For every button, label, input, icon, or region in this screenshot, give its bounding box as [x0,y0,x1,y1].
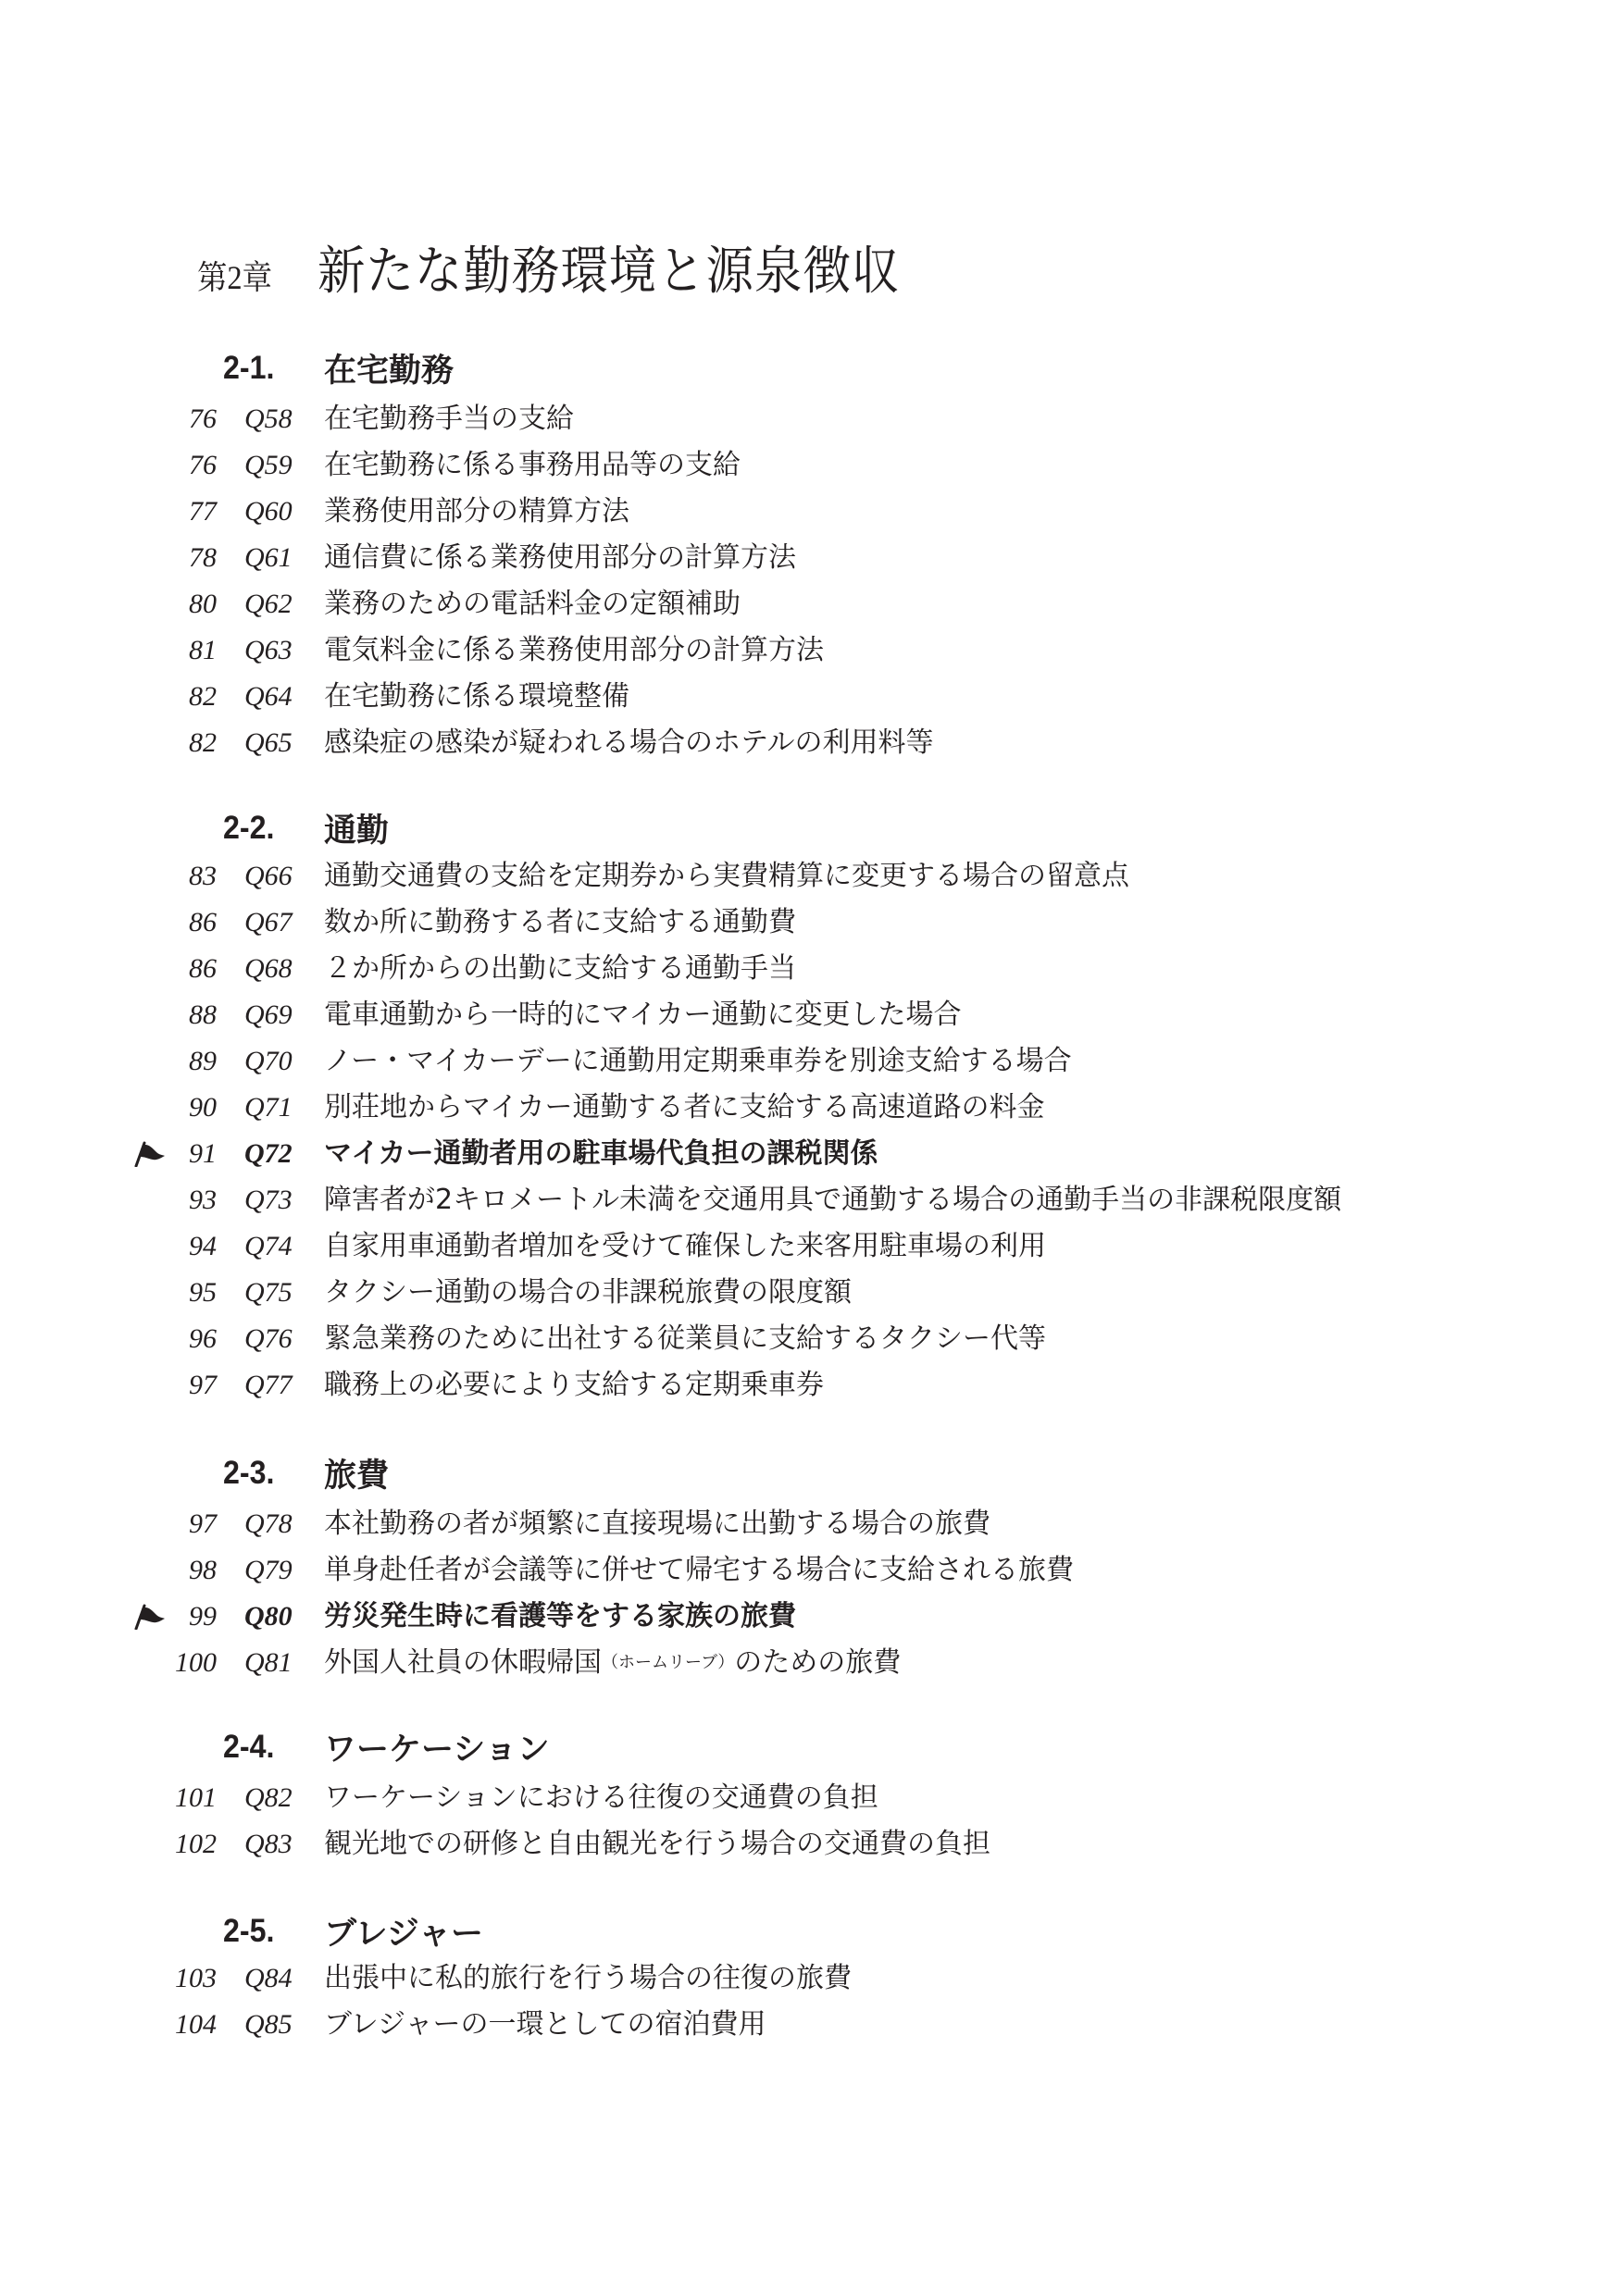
page-number: 93 [156,1182,217,1219]
question-title: 数か所に勤務する者に支給する通勤費 [324,904,796,941]
question-number: Q58 [244,401,293,438]
question-title: 観光地での研修と自由観光を行う場合の交通費の負担 [324,1826,990,1863]
toc-entry[interactable]: 103Q84出張中に私的旅行を行う場合の往復の旅費 [0,1960,1619,1997]
question-number: Q70 [244,1043,293,1080]
question-number: Q72 [244,1136,293,1173]
page-number: 86 [156,950,217,987]
question-number: Q76 [244,1321,293,1358]
chapter-number: 第2章 [197,261,305,294]
question-number: Q69 [244,997,293,1034]
question-number: Q73 [244,1182,293,1219]
section-heading-2-3: 2-3. 旅費 [223,1455,389,1492]
question-title: 自家用車通勤者増加を受けて確保した来客用駐車場の利用 [324,1228,1046,1265]
question-title: 業務使用部分の精算方法 [324,493,629,530]
question-number: Q62 [244,586,293,623]
page-number: 98 [156,1552,217,1589]
section-heading-2-4: 2-4. ワーケーション [223,1729,550,1766]
question-number: Q84 [244,1960,293,1997]
question-title: タクシー通勤の場合の非課税旅費の限度額 [324,1274,852,1311]
question-number: Q80 [244,1598,293,1635]
toc-entry[interactable]: 93Q73障害者が2キロメートル未満を交通用具で通勤する場合の通勤手当の非課税限… [0,1182,1619,1219]
question-title-main: 外国人社員の休暇帰国 [324,1646,602,1679]
page-number: 78 [156,540,217,577]
toc-entry[interactable]: 98Q79単身赴任者が会議等に併せて帰宅する場合に支給される旅費 [0,1552,1619,1589]
question-number: Q61 [244,540,293,577]
question-number: Q74 [244,1228,293,1265]
toc-entry[interactable]: 83Q66通勤交通費の支給を定期券から実費精算に変更する場合の留意点 [0,858,1619,895]
page-number: 86 [156,904,217,941]
section-title: 通勤 [324,805,389,851]
toc-entry[interactable]: 102Q83観光地での研修と自由観光を行う場合の交通費の負担 [0,1826,1619,1863]
section-title: ワーケーション [324,1724,550,1770]
question-number: Q81 [244,1644,293,1682]
page-number: 104 [156,2006,217,2043]
toc-entry[interactable]: 80Q62業務のための電話料金の定額補助 [0,586,1619,623]
section-title: 旅費 [324,1450,389,1496]
question-number: Q65 [244,725,293,762]
toc-entry[interactable]: 76Q58在宅勤務手当の支給 [0,401,1619,438]
toc-entry[interactable]: 86Q67数か所に勤務する者に支給する通勤費 [0,904,1619,941]
page-number: 103 [156,1960,217,1997]
toc-entry[interactable]: 97Q78本社勤務の者が頻繁に直接現場に出勤する場合の旅費 [0,1506,1619,1543]
page-number: 77 [156,493,217,530]
toc-entry-flagged[interactable]: 99Q80労災発生時に看護等をする家族の旅費 [0,1598,1619,1635]
question-number: Q68 [244,950,293,987]
page-number: 102 [156,1826,217,1863]
toc-entry[interactable]: 76Q59在宅勤務に係る事務用品等の支給 [0,447,1619,484]
question-number: Q78 [244,1506,293,1543]
question-title: マイカー通勤者用の駐車場代負担の課税関係 [324,1136,878,1173]
page-number: 80 [156,586,217,623]
question-title: 障害者が2キロメートル未満を交通用具で通勤する場合の通勤手当の非課税限度額 [324,1182,1341,1219]
page-number: 82 [156,725,217,762]
section-title: ブレジャー [324,1908,483,1955]
question-number: Q71 [244,1089,293,1126]
toc-entry[interactable]: 104Q85ブレジャーの一環としての宿泊費用 [0,2006,1619,2043]
question-title: 別荘地からマイカー通勤する者に支給する高速道路の料金 [324,1089,1045,1126]
question-number: Q66 [244,858,293,895]
chapter-heading: 第2章 新たな勤務環境と源泉徴収 [197,239,951,298]
toc-entry[interactable]: 96Q76緊急業務のために出社する従業員に支給するタクシー代等 [0,1321,1619,1358]
toc-entry[interactable]: 100Q81外国人社員の休暇帰国（ホームリーブ）のための旅費 [0,1644,1619,1682]
question-title: 在宅勤務手当の支給 [324,401,574,438]
question-number: Q85 [244,2006,293,2043]
page-number: 88 [156,997,217,1034]
toc-entry[interactable]: 86Q68２か所からの出勤に支給する通勤手当 [0,950,1619,987]
page-number: 97 [156,1506,217,1543]
question-number: Q75 [244,1274,293,1311]
section-heading-2-5: 2-5. ブレジャー [223,1913,483,1950]
question-title: 労災発生時に看護等をする家族の旅費 [324,1598,796,1635]
question-title: 通信費に係る業務使用部分の計算方法 [324,540,796,577]
page-number: 89 [156,1043,217,1080]
question-title: ブレジャーの一環としての宿泊費用 [324,2006,766,2043]
section-number: 2-3. [223,1455,316,1492]
question-number: Q64 [244,678,293,715]
toc-entry[interactable]: 90Q71別荘地からマイカー通勤する者に支給する高速道路の料金 [0,1089,1619,1126]
page-number: 99 [156,1598,217,1635]
toc-entry[interactable]: 94Q74自家用車通勤者増加を受けて確保した来客用駐車場の利用 [0,1228,1619,1265]
question-title: 本社勤務の者が頻繁に直接現場に出勤する場合の旅費 [324,1506,990,1543]
toc-entry[interactable]: 101Q82ワーケーションにおける往復の交通費の負担 [0,1780,1619,1817]
page-number: 76 [156,447,217,484]
toc-entry[interactable]: 78Q61通信費に係る業務使用部分の計算方法 [0,540,1619,577]
question-number: Q60 [244,493,293,530]
toc-entry[interactable]: 77Q60業務使用部分の精算方法 [0,493,1619,530]
question-title: 在宅勤務に係る環境整備 [324,678,629,715]
question-title: 電気料金に係る業務使用部分の計算方法 [324,632,824,669]
question-number: Q59 [244,447,293,484]
section-number: 2-2. [223,810,316,847]
question-number: Q63 [244,632,293,669]
question-number: Q67 [244,904,293,941]
page-number: 82 [156,678,217,715]
question-title: 在宅勤務に係る事務用品等の支給 [324,447,741,484]
question-title-annotation: （ホームリーブ） [602,1653,734,1672]
question-number: Q82 [244,1780,293,1817]
toc-entry[interactable]: 82Q65感染症の感染が疑われる場合のホテルの利用料等 [0,725,1619,762]
question-number: Q83 [244,1826,293,1863]
section-number: 2-4. [223,1729,316,1766]
page-number: 76 [156,401,217,438]
question-number: Q79 [244,1552,293,1589]
question-title: 緊急業務のために出社する従業員に支給するタクシー代等 [324,1321,1046,1358]
section-number: 2-1. [223,350,316,387]
section-heading-2-1: 2-1. 在宅勤務 [223,350,454,387]
toc-entry[interactable]: 82Q64在宅勤務に係る環境整備 [0,678,1619,715]
chapter-title: 新たな勤務環境と源泉徴収 [318,246,900,298]
page-number: 100 [156,1644,217,1682]
toc-entry[interactable]: 89Q70ノー・マイカーデーに通勤用定期乗車券を別途支給する場合 [0,1043,1619,1080]
page-number: 101 [156,1780,217,1817]
question-title: ２か所からの出勤に支給する通勤手当 [324,950,796,987]
page-number: 81 [156,632,217,669]
page-number: 94 [156,1228,217,1265]
page-number: 91 [156,1136,217,1173]
toc-entry[interactable]: 81Q63電気料金に係る業務使用部分の計算方法 [0,632,1619,669]
question-number: Q77 [244,1367,293,1404]
question-title: 職務上の必要により支給する定期乗車券 [324,1367,824,1404]
section-number: 2-5. [223,1913,316,1950]
question-title: 感染症の感染が疑われる場合のホテルの利用料等 [324,725,934,762]
question-title: 業務のための電話料金の定額補助 [324,586,741,623]
section-heading-2-2: 2-2. 通勤 [223,810,389,847]
page-number: 90 [156,1089,217,1126]
question-title: 単身赴任者が会議等に併せて帰宅する場合に支給される旅費 [324,1552,1074,1589]
page-number: 96 [156,1321,217,1358]
page-number: 97 [156,1367,217,1404]
question-title: ノー・マイカーデーに通勤用定期乗車券を別途支給する場合 [324,1043,1072,1080]
page-number: 95 [156,1274,217,1311]
toc-entry[interactable]: 97Q77職務上の必要により支給する定期乗車券 [0,1367,1619,1404]
toc-entry-flagged[interactable]: 91Q72マイカー通勤者用の駐車場代負担の課税関係 [0,1136,1619,1173]
section-title: 在宅勤務 [324,345,454,391]
page-number: 83 [156,858,217,895]
question-title: 電車通勤から一時的にマイカー通勤に変更した場合 [324,997,962,1034]
question-title: ワーケーションにおける往復の交通費の負担 [324,1780,878,1817]
question-title: 出張中に私的旅行を行う場合の往復の旅費 [324,1960,852,1997]
question-title: 外国人社員の休暇帰国（ホームリーブ）のための旅費 [324,1644,901,1682]
toc-entry[interactable]: 95Q75タクシー通勤の場合の非課税旅費の限度額 [0,1274,1619,1311]
question-title-rest: のための旅費 [734,1646,901,1679]
question-title: 通勤交通費の支給を定期券から実費精算に変更する場合の留意点 [324,858,1129,895]
toc-entry[interactable]: 88Q69電車通勤から一時的にマイカー通勤に変更した場合 [0,997,1619,1034]
